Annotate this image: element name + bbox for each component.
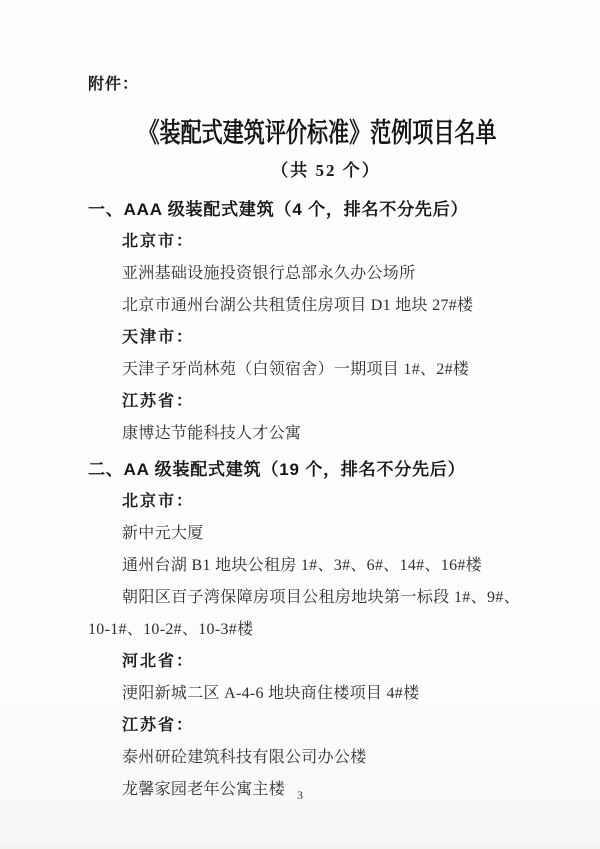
page-number: 3 (0, 788, 600, 803)
province-group: 河北省： 浭阳新城二区 A-4-6 地块商住楼项目 4#楼 (88, 646, 520, 710)
province-label: 北京市： (88, 486, 520, 518)
section-heading: 一、AAA 级装配式建筑（4 个，排名不分先后） (88, 194, 520, 226)
province-group: 北京市： 新中元大厦 通州台湖 B1 地块公租房 1#、3#、6#、14#、16… (88, 486, 520, 646)
project-item: 亚洲基础设施投资银行总部永久办公场所 (88, 258, 520, 290)
section-aa: 二、AA 级装配式建筑（19 个，排名不分先后） 北京市： 新中元大厦 通州台湖… (88, 454, 520, 806)
attachment-label: 附件： (88, 0, 520, 96)
project-item: 天津子牙尚林苑（白领宿舍）一期项目 1#、2#楼 (88, 354, 520, 386)
document-subtitle-text: （共 52 个） (271, 161, 381, 180)
province-group: 北京市： 亚洲基础设施投资银行总部永久办公场所 北京市通州台湖公共租赁住房项目 … (88, 226, 520, 322)
project-item: 北京市通州台湖公共租赁住房项目 D1 地块 27#楼 (88, 290, 520, 322)
document-body: 一、AAA 级装配式建筑（4 个，排名不分先后） 北京市： 亚洲基础设施投资银行… (88, 194, 520, 806)
province-label: 江苏省： (88, 386, 520, 418)
project-item: 朝阳区百子湾保障房项目公租房地块第一标段 1#、9#、10-1#、10-2#、1… (88, 582, 520, 646)
document-title-text: 《装配式建筑评价标准》范例项目名单 (138, 116, 496, 150)
province-group: 江苏省： 康博达节能科技人才公寓 (88, 386, 520, 450)
project-item: 通州台湖 B1 地块公租房 1#、3#、6#、14#、16#楼 (88, 550, 520, 582)
project-item: 康博达节能科技人才公寓 (88, 418, 520, 450)
document-subtitle: （共 52 个） (88, 158, 520, 184)
province-label: 天津市： (88, 322, 520, 354)
document-page: 附件： 《装配式建筑评价标准》范例项目名单 （共 52 个） 一、AAA 级装配… (0, 0, 600, 849)
project-item: 泰州研砼建筑科技有限公司办公楼 (88, 742, 520, 774)
section-aaa: 一、AAA 级装配式建筑（4 个，排名不分先后） 北京市： 亚洲基础设施投资银行… (88, 194, 520, 450)
province-label: 北京市： (88, 226, 520, 258)
section-heading: 二、AA 级装配式建筑（19 个，排名不分先后） (88, 454, 520, 486)
project-item: 新中元大厦 (88, 518, 520, 550)
document-title: 《装配式建筑评价标准》范例项目名单 (88, 116, 520, 150)
province-group: 天津市： 天津子牙尚林苑（白领宿舍）一期项目 1#、2#楼 (88, 322, 520, 386)
project-item: 浭阳新城二区 A-4-6 地块商住楼项目 4#楼 (88, 678, 520, 710)
province-label: 江苏省： (88, 710, 520, 742)
province-label: 河北省： (88, 646, 520, 678)
